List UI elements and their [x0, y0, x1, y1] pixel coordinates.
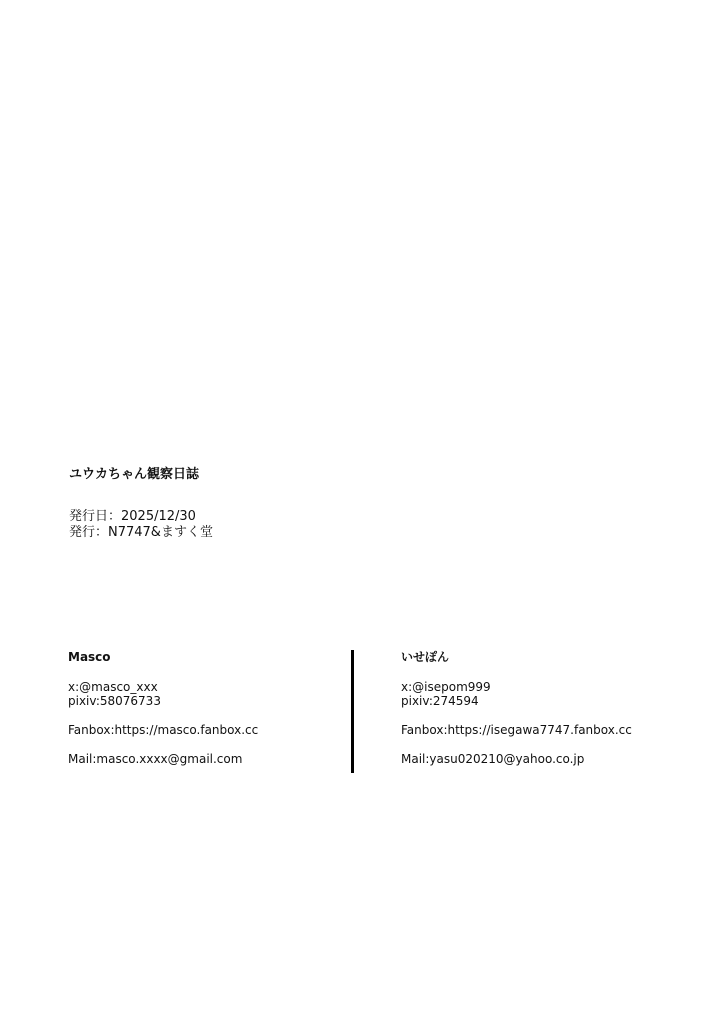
- author-fanbox-link: Fanbox:https://isegawa7747.fanbox.cc: [401, 723, 632, 737]
- author-pixiv-id: pixiv:274594: [401, 694, 632, 708]
- publisher: 発行：N7747&ますく堂: [69, 525, 213, 541]
- colophon-info: 発行日：2025/12/30 発行：N7747&ますく堂: [69, 509, 213, 541]
- author-x-handle: x:@masco_xxx: [68, 680, 258, 694]
- author-mail: Mail:yasu020210@yahoo.co.jp: [401, 752, 632, 766]
- author-block-masco: Masco x:@masco_xxx pixiv:58076733 Fanbox…: [68, 650, 258, 766]
- author-fanbox-link: Fanbox:https://masco.fanbox.cc: [68, 723, 258, 737]
- author-name: いせぽん: [401, 650, 632, 664]
- author-name: Masco: [68, 650, 258, 664]
- column-divider: [351, 650, 354, 773]
- author-x-handle: x:@isepom999: [401, 680, 632, 694]
- book-title: ユウカちゃん観察日誌: [69, 467, 199, 483]
- author-pixiv-id: pixiv:58076733: [68, 694, 258, 708]
- author-mail: Mail:masco.xxxx@gmail.com: [68, 752, 258, 766]
- author-block-isepon: いせぽん x:@isepom999 pixiv:274594 Fanbox:ht…: [401, 650, 632, 766]
- colophon-page: ユウカちゃん観察日誌 発行日：2025/12/30 発行：N7747&ますく堂 …: [0, 0, 720, 1017]
- issue-date: 発行日：2025/12/30: [69, 509, 213, 525]
